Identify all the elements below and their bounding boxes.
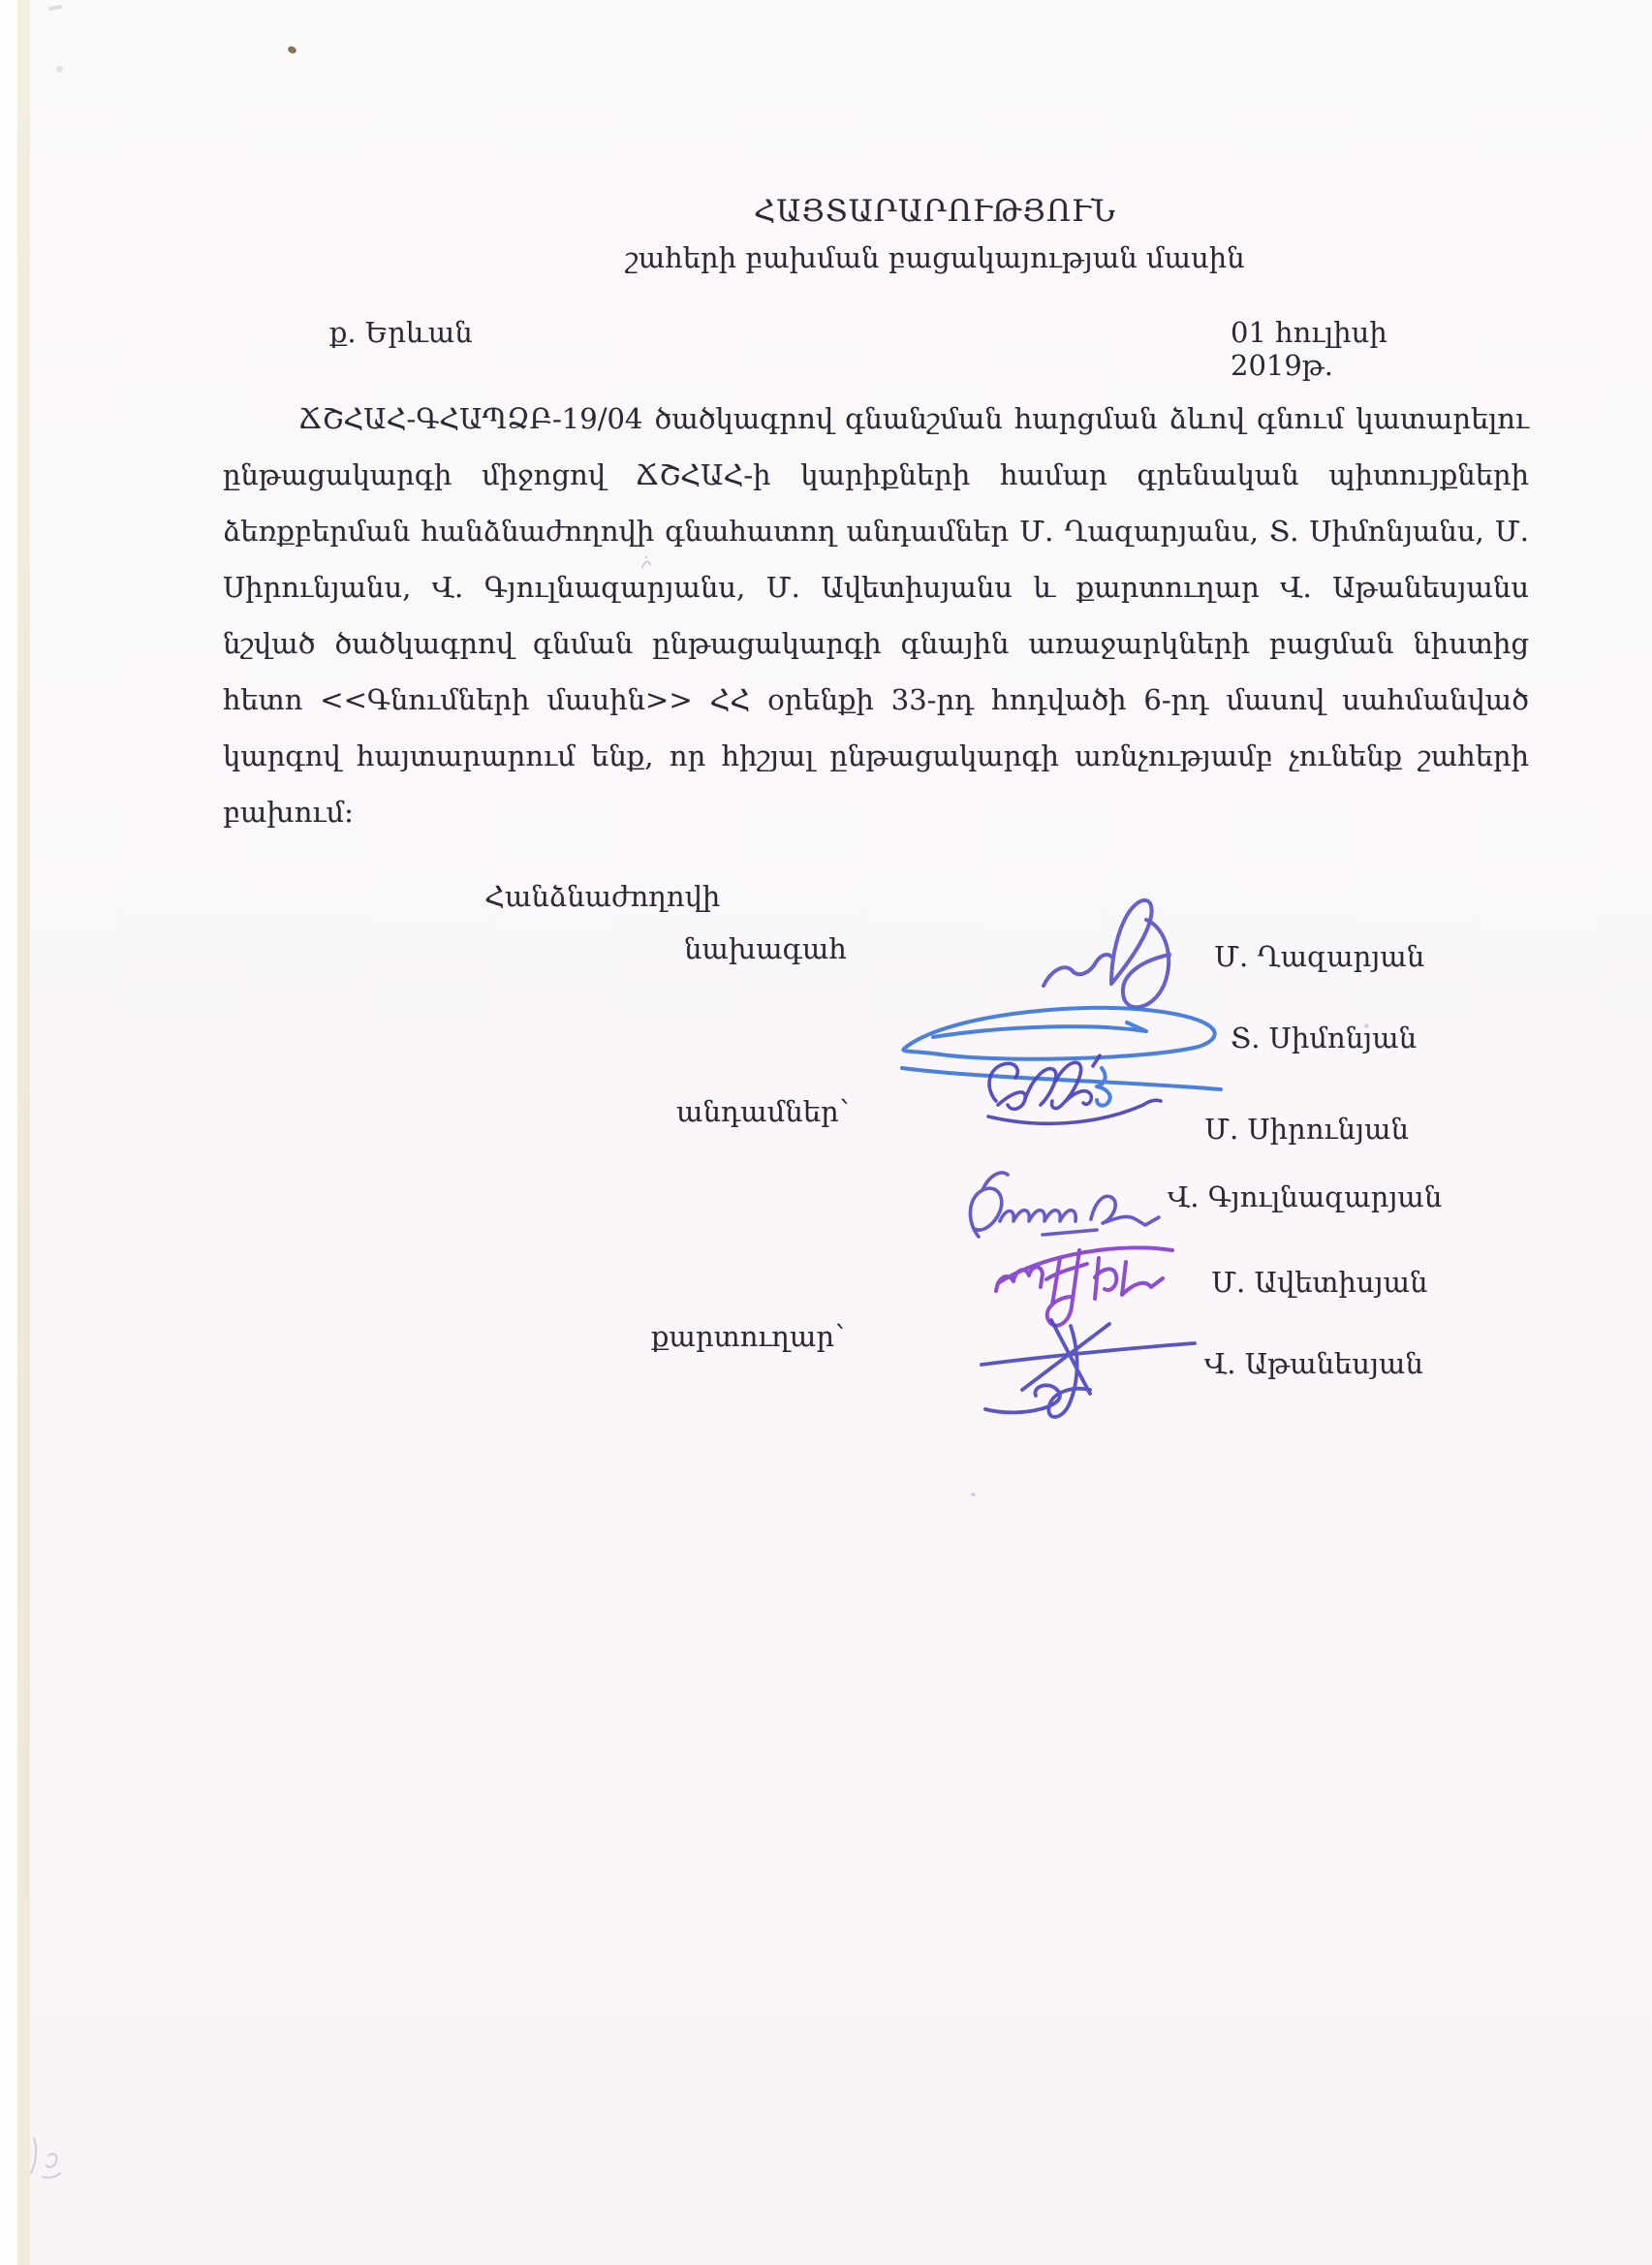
role-secretary-label: քարտուղար՝ <box>651 1320 845 1353</box>
ink-dot <box>971 1493 976 1496</box>
signature-sirunyan <box>969 1045 1177 1161</box>
scan-left-white-edge <box>0 0 17 2265</box>
signer-name-atanesyan: Վ. Աթանեսյան <box>1204 1347 1423 1380</box>
signer-name-gyulnazaryan: Վ. Գյուլնազարյան <box>1168 1180 1442 1213</box>
date-label: 01 հուլիսի 2019թ. <box>1231 316 1482 382</box>
signer-name-simonyan: Տ. Սիմոնյան <box>1231 1022 1417 1054</box>
signer-name-avetisyan: Մ. Ավետիսյան <box>1211 1266 1427 1299</box>
role-chairman-label: նախագահ <box>684 932 847 965</box>
scan-left-paper-edge <box>17 0 30 2265</box>
signer-name-ghazaryan: Մ. Ղազարյան <box>1214 940 1424 973</box>
scan-corner-dot <box>56 66 63 73</box>
signer-name-sirunyan: Մ. Սիրունյան <box>1204 1113 1409 1146</box>
document-subtitle: շահերի բախման բացակայության մասին <box>223 238 1647 277</box>
body-paragraph: ՃՇՀԱՀ-ԳՀԱՊՁԲ-19/04 ծածկագրով գնանշման հա… <box>223 391 1529 840</box>
commission-group-label: Հանձնաժողովի <box>484 880 720 913</box>
document-heading: ՀԱՅՏԱՐԱՐՈՒԹՅՈՒՆ շահերի բախման բացակայութ… <box>223 192 1647 277</box>
document-title: ՀԱՅՏԱՐԱՐՈՒԹՅՈՒՆ <box>223 192 1647 231</box>
scanned-document-page: ՀԱՅՏԱՐԱՐՈՒԹՅՈՒՆ շահերի բախման բացակայութ… <box>0 0 1652 2265</box>
pencil-scribble <box>27 2130 81 2188</box>
signature-atanesyan <box>964 1297 1211 1437</box>
role-members-label: անդամներ՝ <box>676 1095 849 1128</box>
paper-speck <box>287 45 297 54</box>
place-label: ք. Երևան <box>329 316 473 349</box>
scan-corner-mark <box>48 5 62 11</box>
